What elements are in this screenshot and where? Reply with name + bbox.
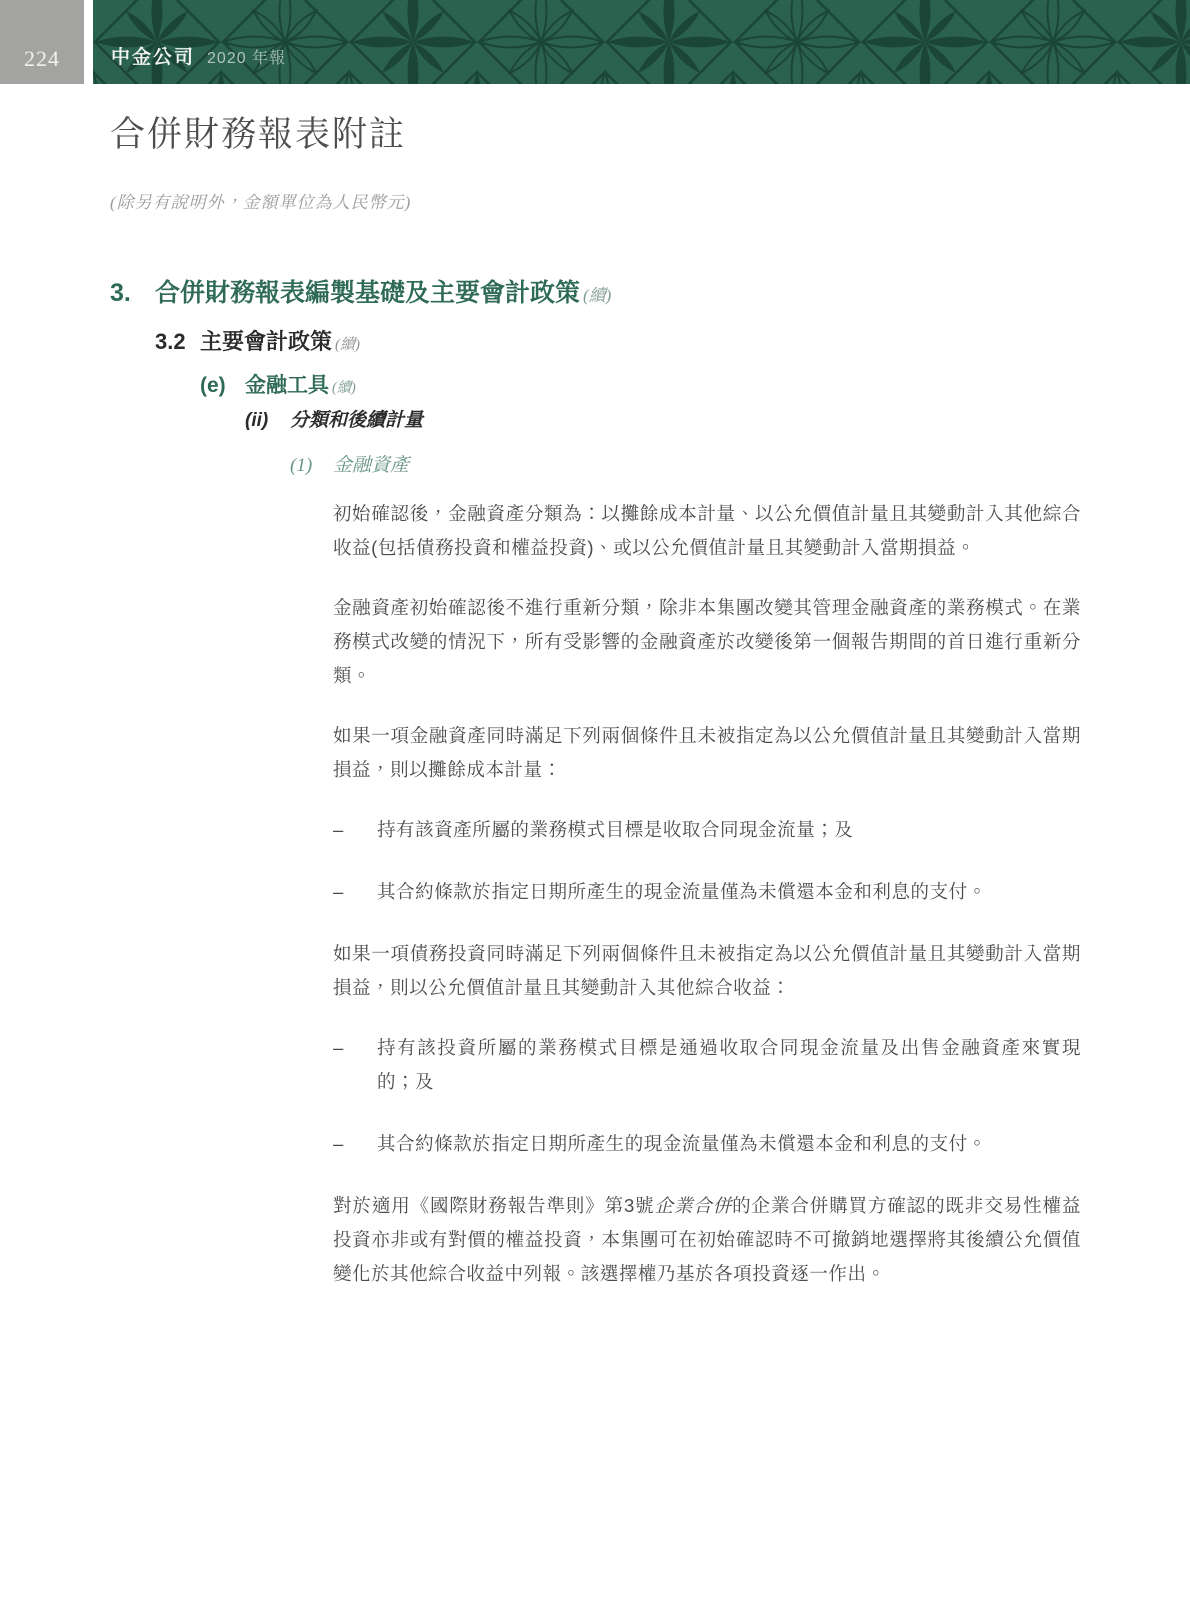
section-e-heading: (e) 金融工具(續) — [200, 372, 1082, 399]
section-3-2-title: 主要會計政策(續) — [200, 328, 360, 357]
page-number: 224 — [24, 46, 60, 72]
section-1-number: (1) — [290, 454, 333, 479]
standard-name: 企業合併 — [655, 1195, 733, 1216]
section-e-number: (e) — [200, 372, 245, 399]
paragraph-initial-recognition: 初始確認後，金融資產分類為：以攤餘成本計量、以公允價值計量且其變動計入其他綜合收… — [333, 497, 1081, 565]
currency-note: (除另有說明外，金額單位為人民幣元) — [110, 188, 1082, 213]
page-number-box: 224 — [0, 0, 84, 84]
header-band: 中金公司 2020 年報 — [93, 0, 1190, 84]
page-header: 224 — [0, 0, 1190, 84]
header-gap — [84, 0, 93, 84]
section-e-title: 金融工具(續) — [245, 372, 356, 399]
section-ii-heading: (ii) 分類和後續計量 — [245, 409, 1082, 434]
paragraph-fvoci-conditions: 如果一項債務投資同時滿足下列兩個條件且未被指定為以公允價值計量且其變動計入當期損… — [333, 937, 1081, 1005]
company-name: 中金公司 — [111, 42, 195, 69]
report-edition: 2020 年報 — [207, 45, 286, 68]
section-3-2-heading: 3.2 主要會計政策(續) — [155, 328, 1082, 357]
paragraph-reclassification: 金融資產初始確認後不進行重新分類，除非本集團改變其管理金融資產的業務模式。在業務… — [333, 591, 1081, 693]
section-ii-title: 分類和後續計量 — [290, 409, 423, 434]
bullet-collect-and-sell: – 持有該投資所屬的業務模式目標是通過收取合同現金流量及出售金融資產來實現的；及 — [333, 1031, 1081, 1099]
report-page: 224 — [0, 0, 1190, 1615]
section-3-heading: 3. 合併財務報表編製基礎及主要會計政策(續) — [110, 277, 1082, 310]
dash-icon: – — [333, 875, 377, 909]
section-3-2-number: 3.2 — [155, 328, 200, 357]
continued-mark: (續) — [335, 337, 360, 353]
header-band-text: 中金公司 2020 年報 — [111, 42, 286, 69]
continued-mark: (續) — [332, 380, 356, 396]
section-1-heading: (1) 金融資產 — [290, 454, 1082, 479]
section-1-title: 金融資產 — [333, 454, 409, 479]
dash-icon: – — [333, 813, 377, 847]
body-text-column: 初始確認後，金融資產分類為：以攤餘成本計量、以公允價值計量且其變動計入其他綜合收… — [333, 497, 1081, 1291]
paragraph-equity-investment-election: 對於適用《國際財務報告準則》第3號企業合併的企業合併購買方確認的既非交易性權益投… — [333, 1189, 1081, 1291]
dash-icon: – — [333, 1127, 377, 1161]
bullet-sppi-payment-2: – 其合約條款於指定日期所產生的現金流量僅為未償還本金和利息的支付。 — [333, 1127, 1081, 1161]
section-3-number: 3. — [110, 277, 155, 310]
dash-icon: – — [333, 1031, 377, 1099]
section-ii-number: (ii) — [245, 409, 290, 434]
page-content: 合併財務報表附註 (除另有說明外，金額單位為人民幣元) 3. 合併財務報表編製基… — [0, 114, 1190, 1291]
paragraph-amortised-cost-conditions: 如果一項金融資產同時滿足下列兩個條件且未被指定為以公允價值計量且其變動計入當期損… — [333, 719, 1081, 787]
bullet-business-model-collect: – 持有該資產所屬的業務模式目標是收取合同現金流量；及 — [333, 813, 1081, 847]
page-title: 合併財務報表附註 — [110, 114, 1082, 156]
continued-mark: (續) — [583, 286, 611, 305]
section-3-title: 合併財務報表編製基礎及主要會計政策(續) — [155, 277, 611, 310]
bullet-sppi-payment: – 其合約條款於指定日期所產生的現金流量僅為未償還本金和利息的支付。 — [333, 875, 1081, 909]
